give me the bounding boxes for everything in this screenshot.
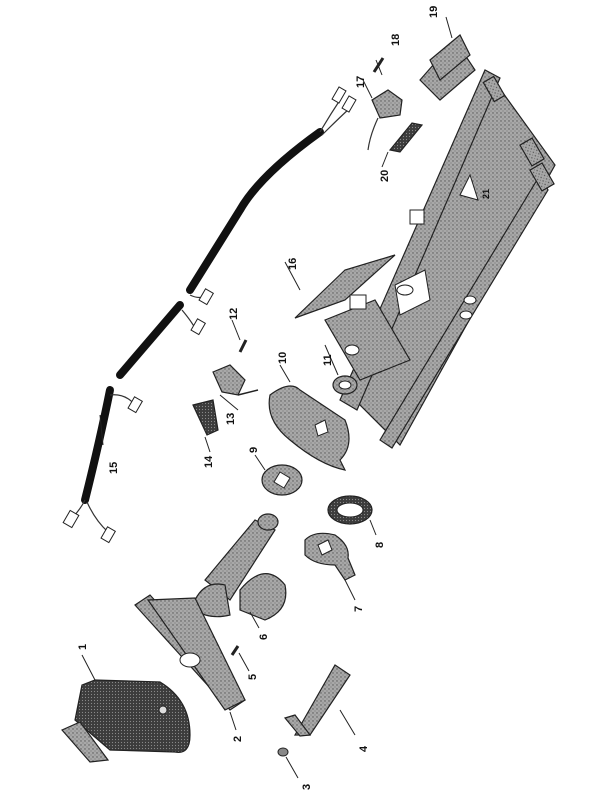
part-6-shaft-assembly (195, 514, 286, 620)
label-part-5: 5 (247, 674, 259, 680)
part-19-bracket (420, 35, 475, 100)
part-3-screw (278, 748, 288, 756)
part-21-base-frame (340, 70, 555, 448)
part-20-insulator-pad (390, 123, 422, 152)
label-part-10: 10 (277, 352, 289, 364)
label-part-7: 7 (353, 606, 365, 612)
part-11-bushing (333, 376, 357, 394)
label-part-17: 17 (355, 76, 367, 88)
part-12-screw (240, 340, 246, 352)
label-part-13: 13 (225, 413, 237, 425)
part-9-washer (262, 465, 302, 495)
label-part-3: 3 (301, 784, 313, 790)
label-part-2: 2 (232, 736, 244, 742)
part-5-screw (232, 646, 238, 655)
label-part-19: 19 (428, 6, 440, 18)
label-part-4: 4 (358, 745, 370, 752)
part-8-ring-washer (328, 496, 372, 524)
part-10-cam-plate (269, 386, 349, 470)
label-part-9: 9 (248, 447, 260, 453)
label-part-15: 15 (108, 462, 120, 474)
label-part-8: 8 (374, 542, 386, 548)
label-part-1: 1 (77, 644, 89, 650)
label-part-12: 12 (228, 308, 240, 320)
label-part-21: 21 (481, 189, 491, 199)
part-1-motor-housing (62, 680, 190, 762)
label-part-16: 16 (287, 258, 299, 270)
part-7-cam-lever (305, 533, 355, 580)
exploded-parts-diagram: 1 2 3 4 5 6 7 8 9 10 11 12 13 14 15 16 1… (0, 0, 607, 800)
label-part-18: 18 (390, 34, 402, 46)
label-part-11: 11 (322, 354, 334, 366)
label-part-14: 14 (203, 455, 215, 468)
label-part-6: 6 (258, 634, 270, 640)
part-16-chassis-frame (295, 210, 424, 380)
label-part-20: 20 (379, 170, 391, 182)
part-14-insulator-pad (193, 400, 218, 435)
part-4-angle-bracket (285, 665, 350, 736)
part-13-switch (213, 365, 258, 395)
